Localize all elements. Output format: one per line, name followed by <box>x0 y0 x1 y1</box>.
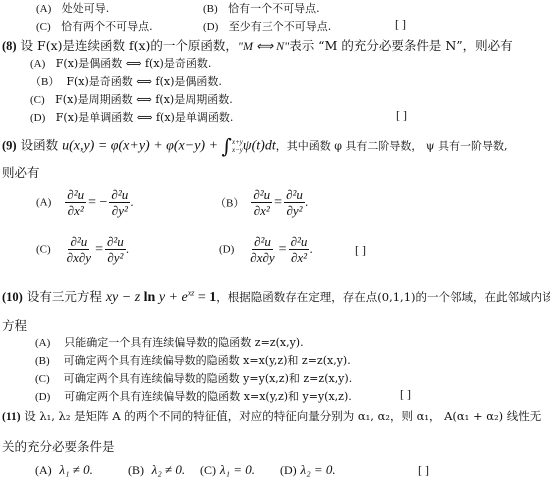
option-text: 恰有两个不可导点. <box>61 20 153 33</box>
q10-option-d: (D) 可确定两个具有连续偏导数的隐函数 x=x(y,z)和 y=y(x,z). <box>35 388 352 404</box>
stem-text: 表示 “M 的充分必要条件是 N”，则必有 <box>289 38 512 53</box>
option-label: (A) <box>35 337 50 349</box>
question-number: (11) <box>2 411 21 423</box>
q9-stem-continued: 则必有 <box>2 163 40 181</box>
question-number: (8) <box>2 39 17 53</box>
q10-option-b: (B) 可确定两个具有连续偏导数的隐函数 x=x(y,z)和 z=z(x,y). <box>35 352 351 368</box>
fraction: ∂²u∂x² <box>251 187 272 218</box>
denominator: ∂y² <box>284 203 304 218</box>
option-text: λ₂ = 0. <box>301 462 336 477</box>
option-label: (A) <box>36 197 51 209</box>
q8-answer-bracket[interactable]: [ ] <box>396 108 407 123</box>
option-label: （B） <box>30 76 59 88</box>
denominator: ∂y² <box>110 203 130 218</box>
option-label: (C) <box>200 463 216 477</box>
q7-option-d: (D) 至少有三个不可导点. <box>203 18 331 34</box>
option-label: (B) <box>35 355 50 367</box>
numerator: ∂²u <box>109 187 130 203</box>
numerator: ∂²u <box>105 234 126 250</box>
formula: xy − z ln y + exz = 1 <box>106 290 216 305</box>
denominator: ∂x² <box>252 203 272 218</box>
q8-option-c: (C) F(x)是周期函数 ⟺ f(x)是周期函数. <box>30 91 233 107</box>
q8-stem: (8) 设 F(x)是连续函数 f(x)的一个原函数，"M ⟺ N"表示 “M … <box>2 36 513 54</box>
fraction: ∂²u∂y² <box>284 187 305 218</box>
option-label: (C) <box>30 94 45 106</box>
option-label: (A) <box>36 3 51 15</box>
q7-option-a: (A) 处处可导. <box>36 0 109 16</box>
option-label: (A) <box>30 58 45 70</box>
option-label: (C) <box>36 21 51 33</box>
q9-answer-bracket[interactable]: [ ] <box>355 243 366 258</box>
option-text: λ₁ = 0. <box>220 462 255 477</box>
lower-limit: x−y <box>232 146 243 154</box>
q9-stem: (9) 设函数 u(x,y) = φ(x+y) + φ(x−y) + ∫x+yx… <box>2 134 508 158</box>
option-label: （B） <box>215 198 244 210</box>
q9-option-d: (D) ∂²u∂x∂y=∂²u∂x². <box>219 234 313 265</box>
question-number: (9) <box>2 139 17 153</box>
integrand: ψ(t)dt <box>243 139 276 154</box>
numerator: ∂²u <box>65 187 86 203</box>
q9-option-b: （B） ∂²u∂x²=∂²u∂y². <box>215 187 308 218</box>
option-label: (A) <box>35 463 52 477</box>
option-label: (C) <box>36 244 51 256</box>
integral-limits: x+yx−y <box>232 138 243 154</box>
q9-option-a: (A) ∂²u∂x²= −∂²u∂y². <box>36 187 134 218</box>
q11-stem: (11) 设 λ₁, λ₂ 是矩阵 A 的两个不同的特征值，对应的特征向量分别为… <box>2 408 541 424</box>
option-text: 可确定两个具有连续偏导数的隐函数 y=y(x,z)和 z=z(x,y). <box>64 372 353 385</box>
option-label: (D) <box>203 21 218 33</box>
q8-option-a: (A) F(x)是偶函数 ⟺ f(x)是奇函数. <box>30 55 211 71</box>
q10-stem-continued: 方程 <box>2 316 27 334</box>
denominator: ∂x∂y <box>248 250 276 265</box>
stem-math: "M ⟺ N" <box>238 39 289 53</box>
option-label: (D) <box>219 244 234 256</box>
option-text: 可确定两个具有连续偏导数的隐函数 x=x(y,z)和 z=z(x,y). <box>64 354 351 367</box>
q11-option-a: (A) λ₁ ≠ 0. <box>35 462 93 478</box>
option-label: (C) <box>35 373 50 385</box>
stem-text: 设 λ₁, λ₂ 是矩阵 A 的两个不同的特征值，对应的特征向量分别为 α₁, … <box>24 409 541 423</box>
option-text: F(x)是偶函数 ⟺ f(x)是奇函数. <box>56 57 212 70</box>
q8-option-b: （B） F(x)是奇函数 ⟺ f(x)是偶函数. <box>30 73 222 89</box>
denominator: ∂x² <box>66 203 86 218</box>
option-text: 至少有三个不可导点. <box>229 20 332 33</box>
option-text: F(x)是奇函数 ⟺ f(x)是偶函数. <box>66 75 222 88</box>
formula: u(x,y) = φ(x+y) + φ(x−y) + <box>62 139 221 154</box>
stem-text: 设函数 <box>21 138 59 153</box>
fraction: ∂²u∂y² <box>109 187 130 218</box>
upper-limit: x+y <box>232 138 243 146</box>
q7-option-b: (B) 恰有一个不可导点. <box>203 0 320 16</box>
q11-option-c: (C) λ₁ = 0. <box>200 462 255 478</box>
numerator: ∂²u <box>251 187 272 203</box>
fraction: ∂²u∂x² <box>289 234 310 265</box>
q10-stem: (10) 设有三元方程 xy − z ln y + exz = 1，根据隐函数存… <box>2 287 550 306</box>
relation: = <box>274 195 282 211</box>
numerator: ∂²u <box>252 234 273 250</box>
option-label: (D) <box>30 112 45 124</box>
numerator: ∂²u <box>289 234 310 250</box>
option-text: F(x)是周期函数 ⟺ f(x)是周期函数. <box>55 93 233 106</box>
option-text: 处处可导. <box>62 2 110 15</box>
fraction: ∂²u∂y² <box>105 234 126 265</box>
q11-answer-bracket[interactable]: [ ] <box>418 463 429 478</box>
q11-option-b: (B) λ₂ ≠ 0. <box>128 462 185 478</box>
question-number: (10) <box>2 290 23 304</box>
relation: = <box>95 242 103 258</box>
q11-stem-continued: 关的充分必要条件是 <box>2 437 115 455</box>
option-label: (D) <box>280 463 297 477</box>
q7-option-c: (C) 恰有两个不可导点. <box>36 18 153 34</box>
option-text: 可确定两个具有连续偏导数的隐函数 x=x(y,z)和 y=y(x,z). <box>64 390 351 403</box>
q7-answer-bracket[interactable]: [ ] <box>395 17 406 32</box>
fraction: ∂²u∂x² <box>65 187 86 218</box>
q10-answer-bracket[interactable]: [ ] <box>400 387 411 402</box>
option-label: (B) <box>128 463 144 477</box>
numerator: ∂²u <box>68 234 89 250</box>
option-text: 只能确定一个具有连续偏导数的隐函数 z=z(x,y). <box>64 336 303 349</box>
q11-option-d: (D) λ₂ = 0. <box>280 462 336 478</box>
stem-text: ，根据隐函数存在定理，存在点(0,1,1)的一个邻域，在此邻域内该 <box>216 290 550 304</box>
fraction: ∂²u∂x∂y <box>248 234 276 265</box>
relation: = − <box>88 195 107 211</box>
option-text: 恰有一个不可导点. <box>228 2 320 15</box>
stem-text: 设 F(x)是连续函数 f(x)的一个原函数， <box>21 38 238 53</box>
option-text: λ₂ ≠ 0. <box>152 462 186 477</box>
denominator: ∂x² <box>289 250 309 265</box>
numerator: ∂²u <box>284 187 305 203</box>
integral-sign: ∫ <box>222 134 232 158</box>
q10-option-c: (C) 可确定两个具有连续偏导数的隐函数 y=y(x,z)和 z=z(x,y). <box>35 370 352 386</box>
q10-option-a: (A) 只能确定一个具有连续偏导数的隐函数 z=z(x,y). <box>35 334 304 350</box>
denominator: ∂y² <box>105 250 125 265</box>
fraction: ∂²u∂x∂y <box>65 234 93 265</box>
option-label: (D) <box>35 391 50 403</box>
q8-option-d: (D) F(x)是单调函数 ⟺ f(x)是单调函数. <box>30 109 233 125</box>
stem-text: 设有三元方程 <box>27 289 102 304</box>
relation: = <box>279 242 287 258</box>
option-text: λ₁ ≠ 0. <box>59 462 93 477</box>
q9-option-c: (C) ∂²u∂x∂y=∂²u∂y². <box>36 234 129 265</box>
option-label: (B) <box>203 3 218 15</box>
stem-text: ，其中函数 φ 具有二阶导数， ψ 具有一阶导数, <box>276 140 508 153</box>
option-text: F(x)是单调函数 ⟺ f(x)是单调函数. <box>56 111 234 124</box>
denominator: ∂x∂y <box>65 250 93 265</box>
